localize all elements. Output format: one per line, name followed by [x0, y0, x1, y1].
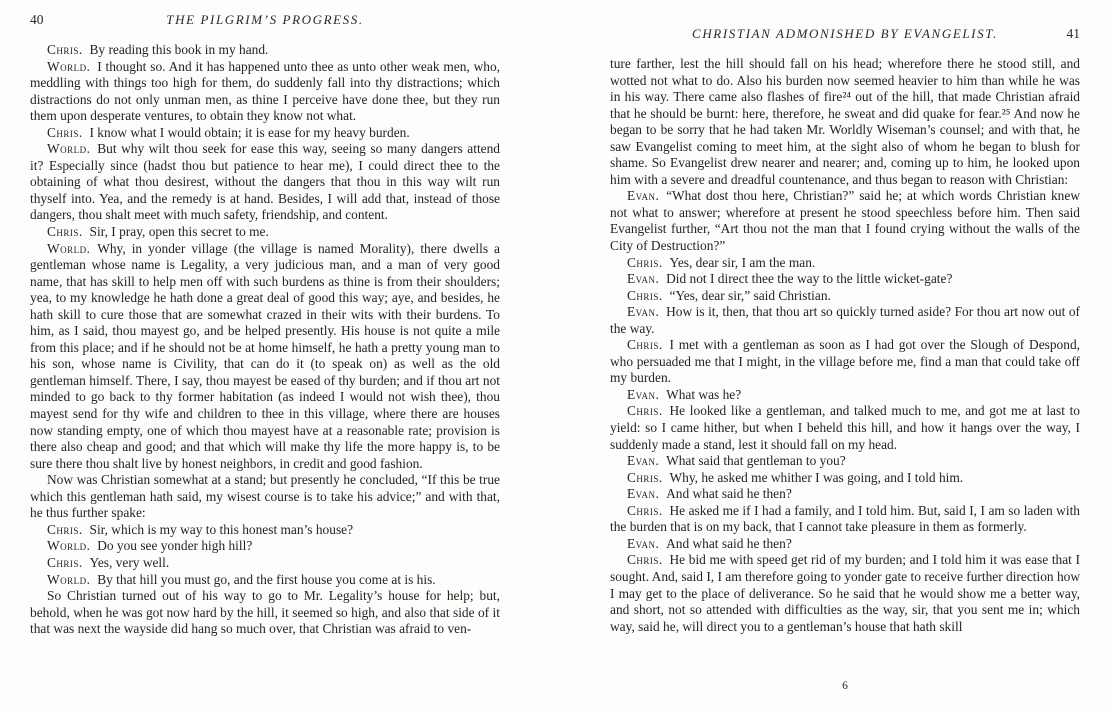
dialogue-paragraph: Chris. By reading this book in my hand.: [30, 42, 500, 59]
speaker-label: World.: [47, 538, 91, 553]
speaker-label: Chris.: [627, 288, 663, 303]
paragraph-text: Yes, very well.: [90, 555, 170, 570]
narration-paragraph: ture farther, lest the hill should fall …: [610, 56, 1080, 188]
signature-mark: 6: [610, 680, 1080, 692]
dialogue-paragraph: Chris. He asked me if I had a family, an…: [610, 503, 1080, 536]
speaker-label: Chris.: [627, 337, 663, 352]
dialogue-paragraph: World. By that hill you must go, and the…: [30, 572, 500, 589]
speaker-label: Chris.: [627, 255, 663, 270]
speaker-label: Chris.: [627, 552, 663, 567]
paragraph-text: ture farther, lest the hill should fall …: [610, 56, 1080, 187]
dialogue-paragraph: Chris. Why, he asked me whither I was go…: [610, 470, 1080, 487]
dialogue-paragraph: Evan. What said that gentleman to you?: [610, 453, 1080, 470]
paragraph-text: He asked me if I had a family, and I tol…: [610, 503, 1080, 535]
paragraph-text: What said that gentleman to you?: [666, 453, 846, 468]
page-header-left: 40 THE PILGRIM’S PROGRESS.: [30, 12, 500, 34]
speaker-label: Chris.: [627, 403, 663, 418]
speaker-label: Evan.: [627, 304, 659, 319]
page-body-left: Chris. By reading this book in my hand.W…: [30, 42, 500, 638]
dialogue-paragraph: Chris. I know what I would obtain; it is…: [30, 125, 500, 142]
speaker-label: Chris.: [47, 125, 83, 140]
dialogue-paragraph: Chris. Yes, very well.: [30, 555, 500, 572]
paragraph-text: Yes, dear sir, I am the man.: [670, 255, 816, 270]
page-number-right: 41: [1067, 26, 1081, 42]
dialogue-paragraph: Evan. How is it, then, that thou art so …: [610, 304, 1080, 337]
paragraph-text: But why wilt thou seek for ease this way…: [30, 141, 500, 222]
running-title-right: CHRISTIAN ADMONISHED BY EVANGELIST.: [610, 26, 1080, 42]
paragraph-text: “Yes, dear sir,” said Christian.: [670, 288, 831, 303]
paragraph-text: I met with a gentleman as soon as I had …: [610, 337, 1080, 385]
speaker-label: Chris.: [627, 503, 663, 518]
speaker-label: Chris.: [47, 224, 83, 239]
paragraph-text: He bid me with speed get rid of my burde…: [610, 552, 1080, 633]
dialogue-paragraph: World. But why wilt thou seek for ease t…: [30, 141, 500, 224]
dialogue-paragraph: Chris. Yes, dear sir, I am the man.: [610, 255, 1080, 272]
paragraph-text: “What dost thou here, Christian?” said h…: [610, 188, 1080, 253]
speaker-label: Chris.: [47, 522, 83, 537]
paragraph-text: And what said he then?: [666, 536, 792, 551]
paragraph-text: Now was Christian somewhat at a stand; b…: [30, 472, 500, 520]
book-spread: 40 THE PILGRIM’S PROGRESS. Chris. By rea…: [0, 0, 1112, 712]
dialogue-paragraph: World. Why, in yonder village (the villa…: [30, 241, 500, 473]
dialogue-paragraph: Evan. Did not I direct thee the way to t…: [610, 271, 1080, 288]
paragraph-text: I thought so. And it has happened unto t…: [30, 59, 500, 124]
speaker-label: Evan.: [627, 486, 659, 501]
paragraph-text: By reading this book in my hand.: [90, 42, 269, 57]
paragraph-text: What was he?: [666, 387, 741, 402]
paragraph-text: And what said he then?: [666, 486, 792, 501]
speaker-label: Evan.: [627, 453, 659, 468]
dialogue-paragraph: World. I thought so. And it has happened…: [30, 59, 500, 125]
dialogue-paragraph: Evan. What was he?: [610, 387, 1080, 404]
speaker-label: World.: [47, 572, 91, 587]
speaker-label: World.: [47, 141, 91, 156]
page-header-right: CHRISTIAN ADMONISHED BY EVANGELIST. 41: [610, 26, 1080, 48]
paragraph-text: How is it, then, that thou art so quickl…: [610, 304, 1080, 336]
page-right: CHRISTIAN ADMONISHED BY EVANGELIST. 41 t…: [556, 0, 1112, 712]
paragraph-text: Sir, which is my way to this honest man’…: [90, 522, 354, 537]
dialogue-paragraph: World. Do you see yonder high hill?: [30, 538, 500, 555]
dialogue-paragraph: Evan. And what said he then?: [610, 536, 1080, 553]
speaker-label: Chris.: [47, 555, 83, 570]
paragraph-text: Why, in yonder village (the village is n…: [30, 241, 500, 471]
paragraph-text: Do you see yonder high hill?: [97, 538, 252, 553]
speaker-label: Evan.: [627, 188, 659, 203]
dialogue-paragraph: Chris. Sir, which is my way to this hone…: [30, 522, 500, 539]
speaker-label: World.: [47, 59, 91, 74]
paragraph-text: I know what I would obtain; it is ease f…: [90, 125, 410, 140]
dialogue-paragraph: Evan. And what said he then?: [610, 486, 1080, 503]
narration-paragraph: Now was Christian somewhat at a stand; b…: [30, 472, 500, 522]
speaker-label: World.: [47, 241, 91, 256]
paragraph-text: Why, he asked me whither I was going, an…: [670, 470, 964, 485]
page-body-right: ture farther, lest the hill should fall …: [610, 56, 1080, 635]
dialogue-paragraph: Chris. “Yes, dear sir,” said Christian.: [610, 288, 1080, 305]
dialogue-paragraph: Chris. He bid me with speed get rid of m…: [610, 552, 1080, 635]
running-title-left: THE PILGRIM’S PROGRESS.: [30, 12, 500, 28]
dialogue-paragraph: Evan. “What dost thou here, Christian?” …: [610, 188, 1080, 254]
speaker-label: Evan.: [627, 536, 659, 551]
paragraph-text: Sir, I pray, open this secret to me.: [90, 224, 269, 239]
speaker-label: Evan.: [627, 387, 659, 402]
dialogue-paragraph: Chris. Sir, I pray, open this secret to …: [30, 224, 500, 241]
narration-paragraph: So Christian turned out of his way to go…: [30, 588, 500, 638]
paragraph-text: So Christian turned out of his way to go…: [30, 588, 500, 636]
speaker-label: Evan.: [627, 271, 659, 286]
speaker-label: Chris.: [47, 42, 83, 57]
page-left: 40 THE PILGRIM’S PROGRESS. Chris. By rea…: [0, 0, 556, 712]
paragraph-text: Did not I direct thee the way to the lit…: [666, 271, 952, 286]
dialogue-paragraph: Chris. I met with a gentleman as soon as…: [610, 337, 1080, 387]
speaker-label: Chris.: [627, 470, 663, 485]
paragraph-text: By that hill you must go, and the first …: [97, 572, 435, 587]
paragraph-text: He looked like a gentleman, and talked m…: [610, 403, 1080, 451]
dialogue-paragraph: Chris. He looked like a gentleman, and t…: [610, 403, 1080, 453]
